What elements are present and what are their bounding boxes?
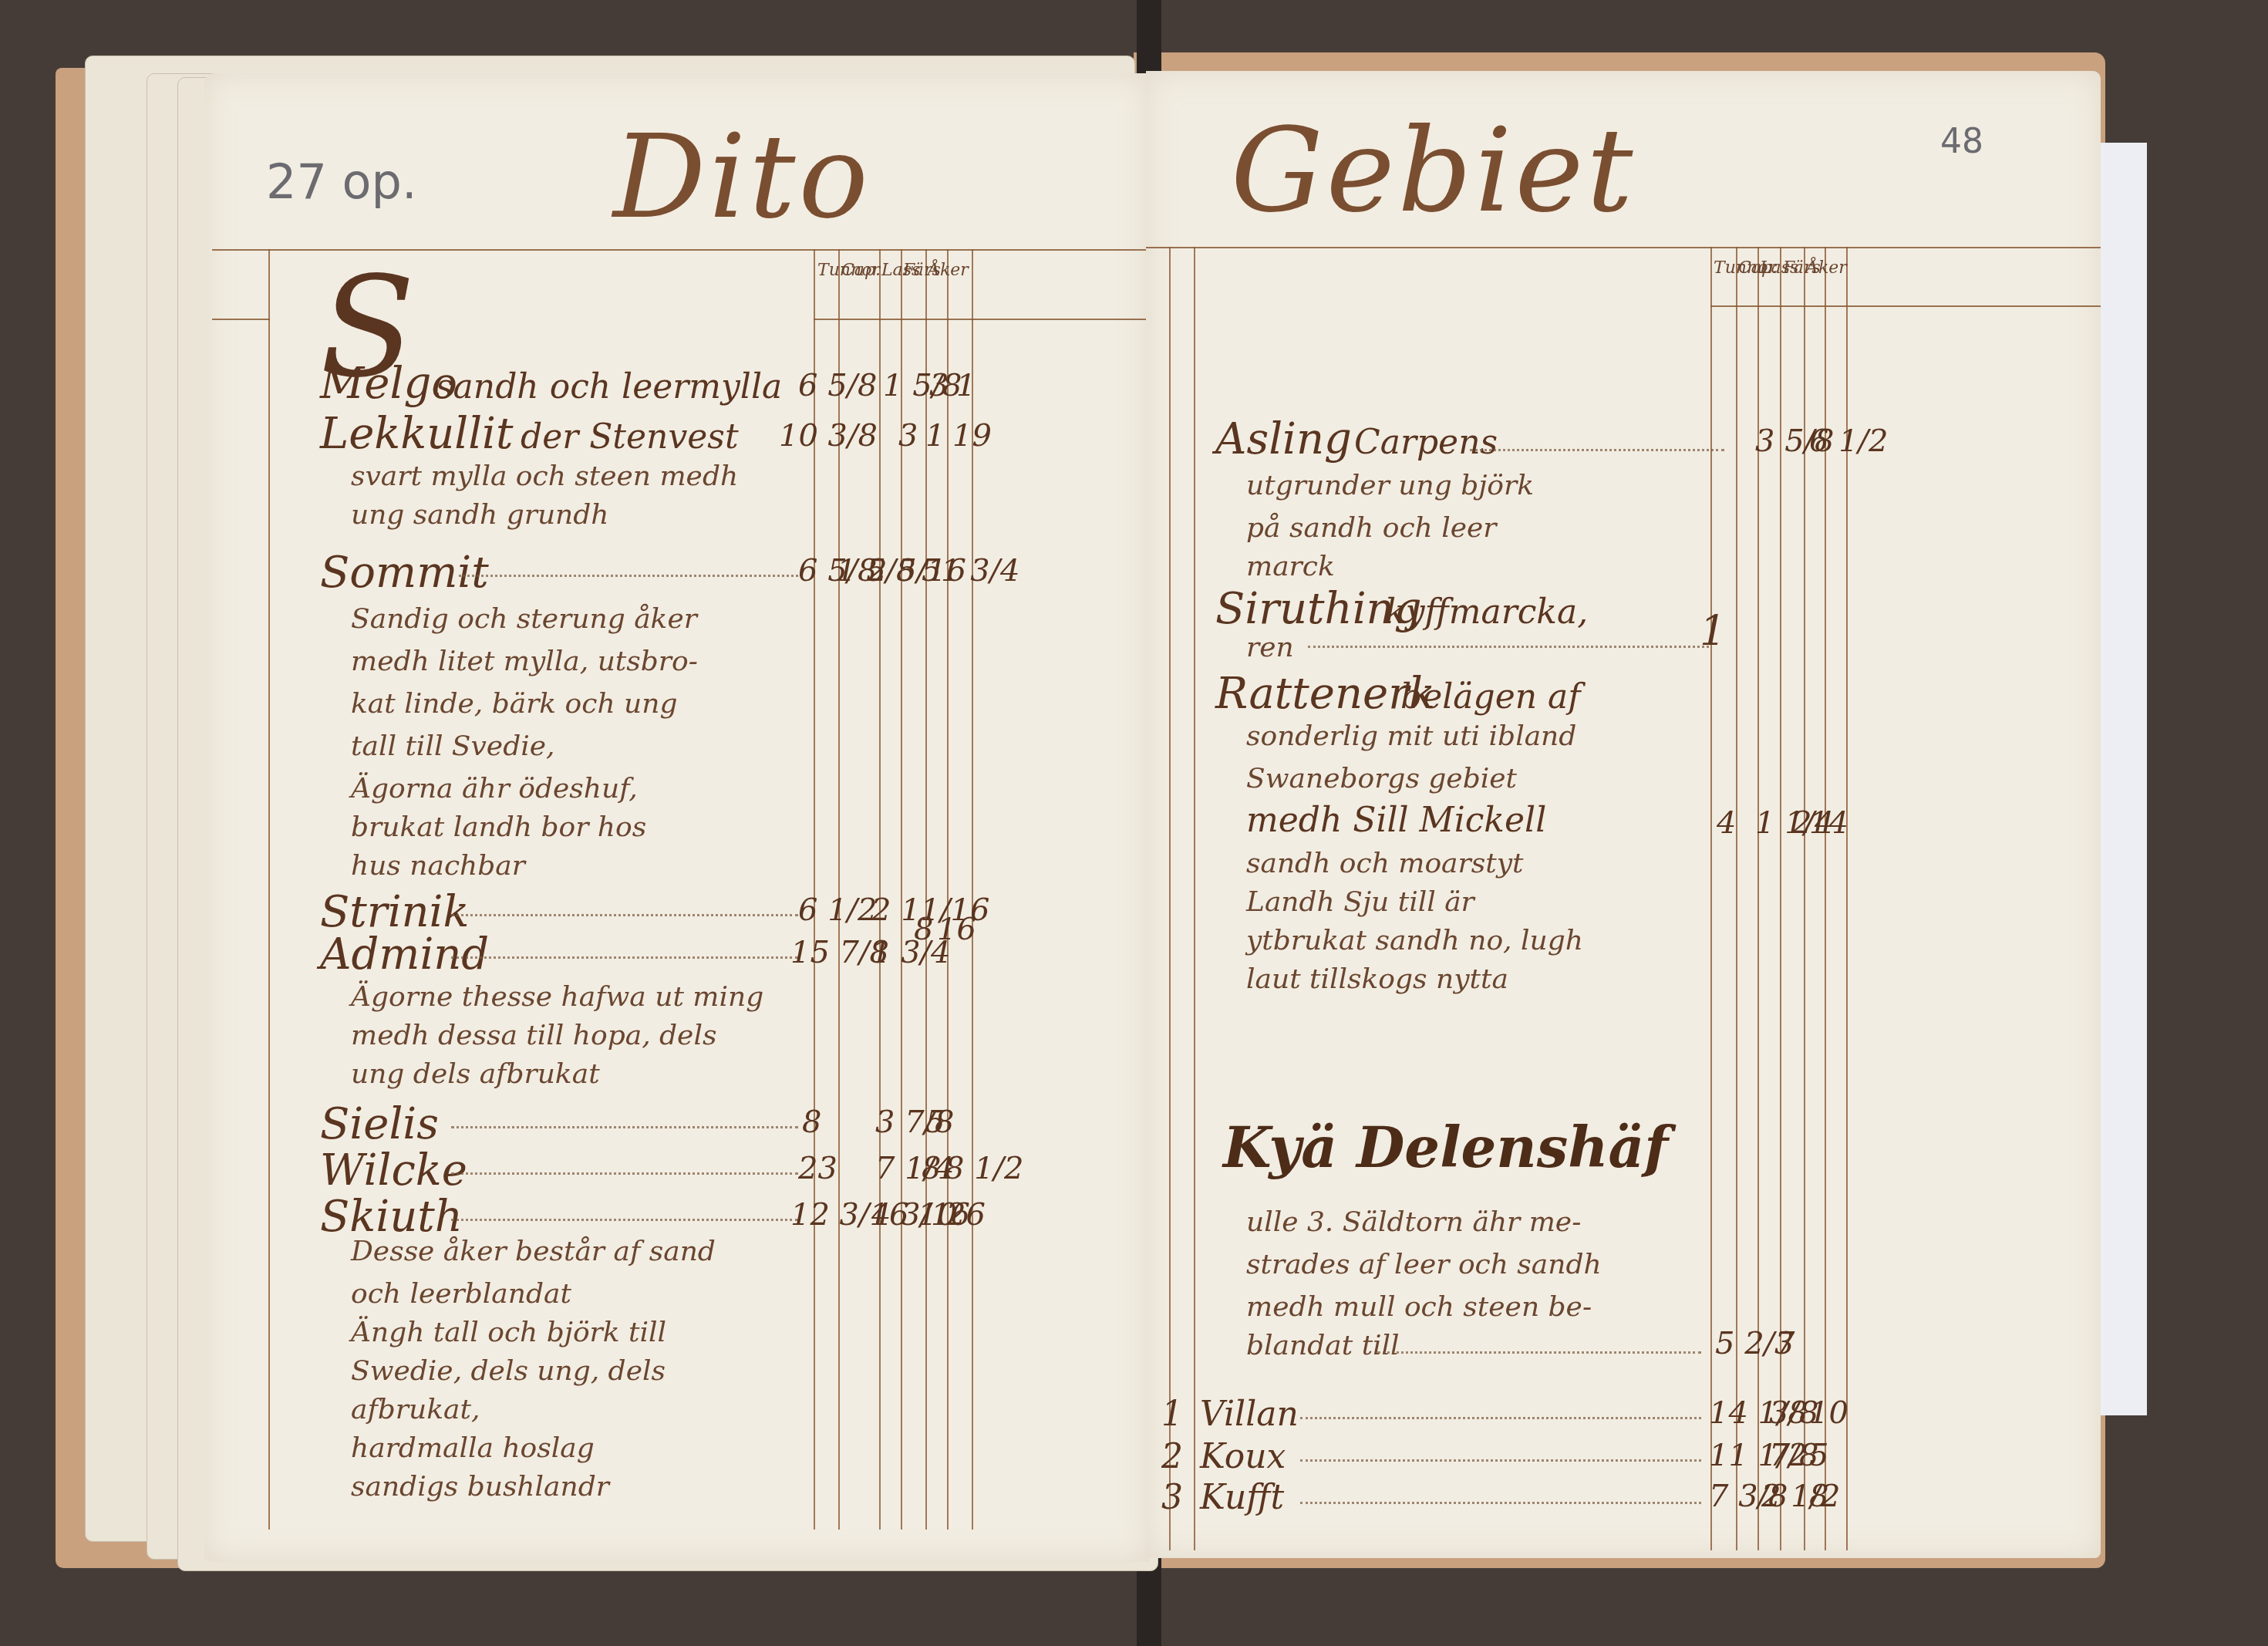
entry-value: 7 1/4 (875, 1153, 955, 1184)
page-title: Gebiet (1231, 113, 1636, 229)
column-header: Åker (1806, 260, 1847, 277)
entry-desc: belägen af (1400, 680, 1581, 714)
entry-value: 8 (802, 1107, 821, 1138)
leader-dots (451, 1219, 798, 1221)
leader-dots (451, 956, 798, 959)
leader-dots (1308, 646, 1709, 648)
leader-dots (1300, 1417, 1701, 1419)
entry-note: afbrukat, (351, 1396, 480, 1424)
entry-name: Skiuth (320, 1196, 463, 1239)
entry-name: Lekkullit (320, 413, 514, 456)
entry-note: hus nachbar (351, 852, 525, 880)
entry-value: 1 3/4 (941, 555, 1020, 586)
margin-column-line (1194, 247, 1195, 1550)
margin-column-line (1169, 247, 1171, 1550)
entry-note: ytbrukat sandh no, lugh (1246, 927, 1583, 955)
item-name: Koux (1200, 1440, 1286, 1474)
pencil-folio-number: 48 (1940, 125, 1983, 159)
entry-note: hardmalla hoslag (351, 1435, 595, 1462)
column-header: Cap. (841, 262, 881, 279)
entry-value: 23 (798, 1153, 837, 1184)
entry-value: 5 (925, 1107, 945, 1138)
entry-note: medh dessa till hopa, dels (351, 1022, 716, 1050)
item-name: Kufft (1200, 1481, 1284, 1515)
entry-value: 1 5/8 (883, 370, 962, 401)
entry-value: 5 (922, 555, 941, 586)
section-note: blandat till (1246, 1332, 1400, 1360)
entry-desc: sandh och leermylla (436, 370, 782, 404)
entry-note: Landh Sju till är (1246, 889, 1474, 916)
entry-value: 6 1/2 (1809, 426, 1889, 457)
entry-note: laut tillskogs nytta (1246, 966, 1508, 993)
header-bottom-rule (1710, 305, 2101, 307)
entry-note: Swedie, dels ung, dels (351, 1358, 666, 1385)
entry-note: och leerblandat (351, 1280, 571, 1308)
entry-value: 1 (925, 420, 945, 451)
column-line (1710, 247, 1712, 1550)
item-number: 2 (1161, 1440, 1183, 1474)
entry-value: 26 (946, 1199, 986, 1230)
entry-desc: der Stenvest (521, 420, 739, 454)
entry-name: Sommit (320, 551, 489, 595)
entry-desc: medh Sill Mickell (1246, 804, 1546, 838)
column-header: Åker (928, 262, 969, 279)
section-heading: Kyä Delenshäf (1223, 1120, 1668, 1175)
entry-value: 10 3/8 (779, 420, 878, 451)
entry-note: sonderlig mit uti ibland (1246, 723, 1576, 750)
section-note: medh mull och steen be- (1246, 1294, 1592, 1321)
entry-name: Wilcke (320, 1149, 467, 1192)
entry-note: sandigs bushlandr (351, 1473, 609, 1501)
entry-note: ren (1246, 634, 1294, 662)
entry-note: ung dels afbrukat (351, 1061, 600, 1088)
section-note: ulle 3. Säldtorn ähr me- (1246, 1209, 1581, 1236)
entry-name: Admind (320, 933, 489, 976)
entry-note: marck (1246, 553, 1335, 581)
margin-column-line (268, 249, 270, 1530)
entry-value: 6 5/8 (798, 370, 878, 401)
entry-value: 3 (898, 420, 918, 451)
leader-dots (451, 1126, 798, 1128)
item-value: 8 (1809, 1481, 1828, 1512)
entry-note: brukat landh bor hos (351, 814, 646, 842)
entry-name: Sielis (320, 1103, 439, 1146)
bracket-value: 16 (937, 914, 976, 945)
entry-value: 8 1/2 (945, 1153, 1024, 1184)
entry-value: 4 (1717, 808, 1736, 838)
leader-dots (1300, 1459, 1701, 1462)
page-title: Dito (613, 120, 871, 235)
leader-dots (459, 575, 798, 577)
item-number: 3 (1161, 1481, 1183, 1515)
section-note: strades af leer och sandh (1246, 1251, 1602, 1279)
item-name: Villan (1200, 1398, 1299, 1432)
pencil-folio-note: 27 op. (266, 158, 417, 206)
column-line (879, 249, 881, 1530)
entry-note: Swaneborgs gebiet (1246, 765, 1517, 793)
leader-dots (1470, 449, 1724, 451)
margin-rule (212, 319, 270, 320)
entry-note: sandh och moarstyt (1246, 850, 1524, 878)
leader-dots (451, 1172, 798, 1175)
entry-value: 14 (1809, 808, 1848, 838)
entry-note: utgrunder ung björk (1246, 472, 1534, 500)
leader-dots (451, 914, 798, 916)
entry-value: 8 (922, 1153, 941, 1184)
insert-slip (2101, 143, 2147, 1415)
entry-desc: kyffmarcka, (1385, 595, 1588, 629)
bracket-value: 8 (914, 914, 933, 945)
entry-note: Sandig och sterung åker (351, 605, 697, 633)
column-line (947, 249, 949, 1530)
entry-value: 3 (929, 370, 949, 401)
item-value: 5 (1809, 1440, 1828, 1471)
entry-note: Ängh tall och björk till (351, 1319, 666, 1347)
section-total-value: 7 (1775, 1328, 1795, 1359)
item-number: 1 (1161, 1398, 1183, 1432)
entry-note: Ägorne thesse hafwa ut ming (351, 983, 763, 1011)
entry-note: tall till Svedie, (351, 733, 554, 761)
entry-desc: Carpens (1354, 426, 1498, 460)
entry-name: Strinik (320, 891, 469, 934)
entry-note: svart mylla och steen medh (351, 463, 738, 491)
header-bottom-rule (814, 319, 1149, 320)
header-rule (1146, 247, 2101, 248)
right-page: Gebiet 48 Tunnor Cap. Lass Färs Åker Asl… (1146, 71, 2101, 1558)
entry-note: medh litet mylla, utsbro- (351, 648, 698, 676)
entry-note: kat linde, bärk och ung (351, 690, 678, 718)
entry-value: 6 1/2 (798, 895, 878, 926)
entry-name: Asling (1215, 418, 1352, 461)
left-page: 27 op. Dito Tunnor Cap. Lass Färs Åker S… (204, 73, 1149, 1562)
entry-note: ung sandh grundh (351, 501, 609, 529)
leader-dots (1300, 1502, 1701, 1504)
entry-note: Desse åker består af sand (351, 1238, 716, 1266)
entry-note: Ägorna ähr ödeshuf, (351, 775, 638, 803)
entry-value: 1 (956, 370, 976, 401)
entry-value: 19 (952, 420, 992, 451)
entry-note: på sandh och leer (1246, 514, 1497, 542)
leader-dots (1377, 1351, 1701, 1354)
item-value: 10 (1809, 1398, 1848, 1428)
entry-value: 1 (1700, 611, 1726, 653)
